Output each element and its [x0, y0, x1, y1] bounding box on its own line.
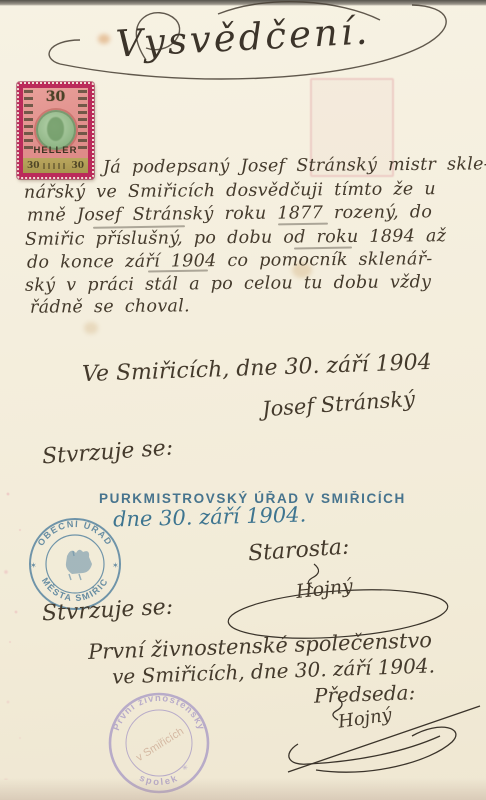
scanned-certificate-page: Vysvědčení. 30 HELLER 30 30 Já podepsaný…	[0, 0, 486, 800]
seal-text-top: OBECNÍ ÚŘAD	[36, 519, 115, 548]
stamp-ornament-left	[24, 90, 33, 153]
guild-seal-center-text: v Smiřicích	[134, 725, 186, 764]
stamp-currency: HELLER	[23, 145, 88, 156]
pink-bleed-speckles	[0, 482, 30, 657]
stamp-ornament-right	[78, 90, 87, 153]
stamp-bottom-band: 30 30	[23, 158, 88, 173]
seal-star-left: ✶	[30, 561, 37, 570]
svg-text:První živnostenský: První živnostenský	[111, 693, 207, 732]
stamp-value-right: 30	[71, 161, 84, 171]
stamp-medallion	[36, 110, 76, 150]
body-line: nářský ve Smiřicích dosvědčuji tímto že …	[24, 179, 436, 203]
body-line: řádně se choval.	[30, 296, 190, 317]
age-spot	[84, 322, 98, 334]
body-line: Já podepsaný Josef Stránský mistr skle-	[103, 154, 486, 177]
seal-star-right: ✶	[112, 561, 119, 570]
pink-bleed-speckles	[0, 690, 26, 780]
svg-text:OBECNÍ ÚŘAD: OBECNÍ ÚŘAD	[36, 519, 115, 548]
stamp-value-left: 30	[27, 161, 40, 171]
scan-bottom-edge	[0, 778, 486, 800]
office-date-line: dne 30. září 1904.	[113, 502, 307, 531]
revenue-stamp: 30 HELLER 30 30	[17, 82, 94, 179]
place-date-line: Ve Smiřicích, dne 30. září 1904	[82, 350, 432, 387]
revenue-stamp-field: 30 HELLER 30 30	[23, 88, 88, 173]
body-line: ský v práci stál a po celou tu dobu vždy	[25, 272, 431, 296]
stamp-band-pattern	[43, 163, 69, 169]
guild-seal-text-top: První živnostenský	[111, 693, 207, 732]
seal-lion-emblem	[66, 550, 92, 580]
stamp-portrait	[47, 117, 64, 141]
age-spot	[98, 34, 110, 44]
certify-label-1: Stvrzuje se:	[41, 435, 174, 469]
body-line: mně Josef Stránský roku 1877 rozený, do	[27, 202, 432, 226]
body-line: Smiřic příslušný, po dobu od roku 1894 a…	[25, 226, 446, 250]
pencil-underline	[148, 269, 208, 272]
author-signature: Josef Stránský	[261, 387, 415, 422]
pencil-underline	[278, 223, 328, 226]
body-line: do konce září 1904 co pomocník sklenář-	[27, 249, 433, 273]
guild-seal-mark: ✳	[182, 764, 188, 772]
